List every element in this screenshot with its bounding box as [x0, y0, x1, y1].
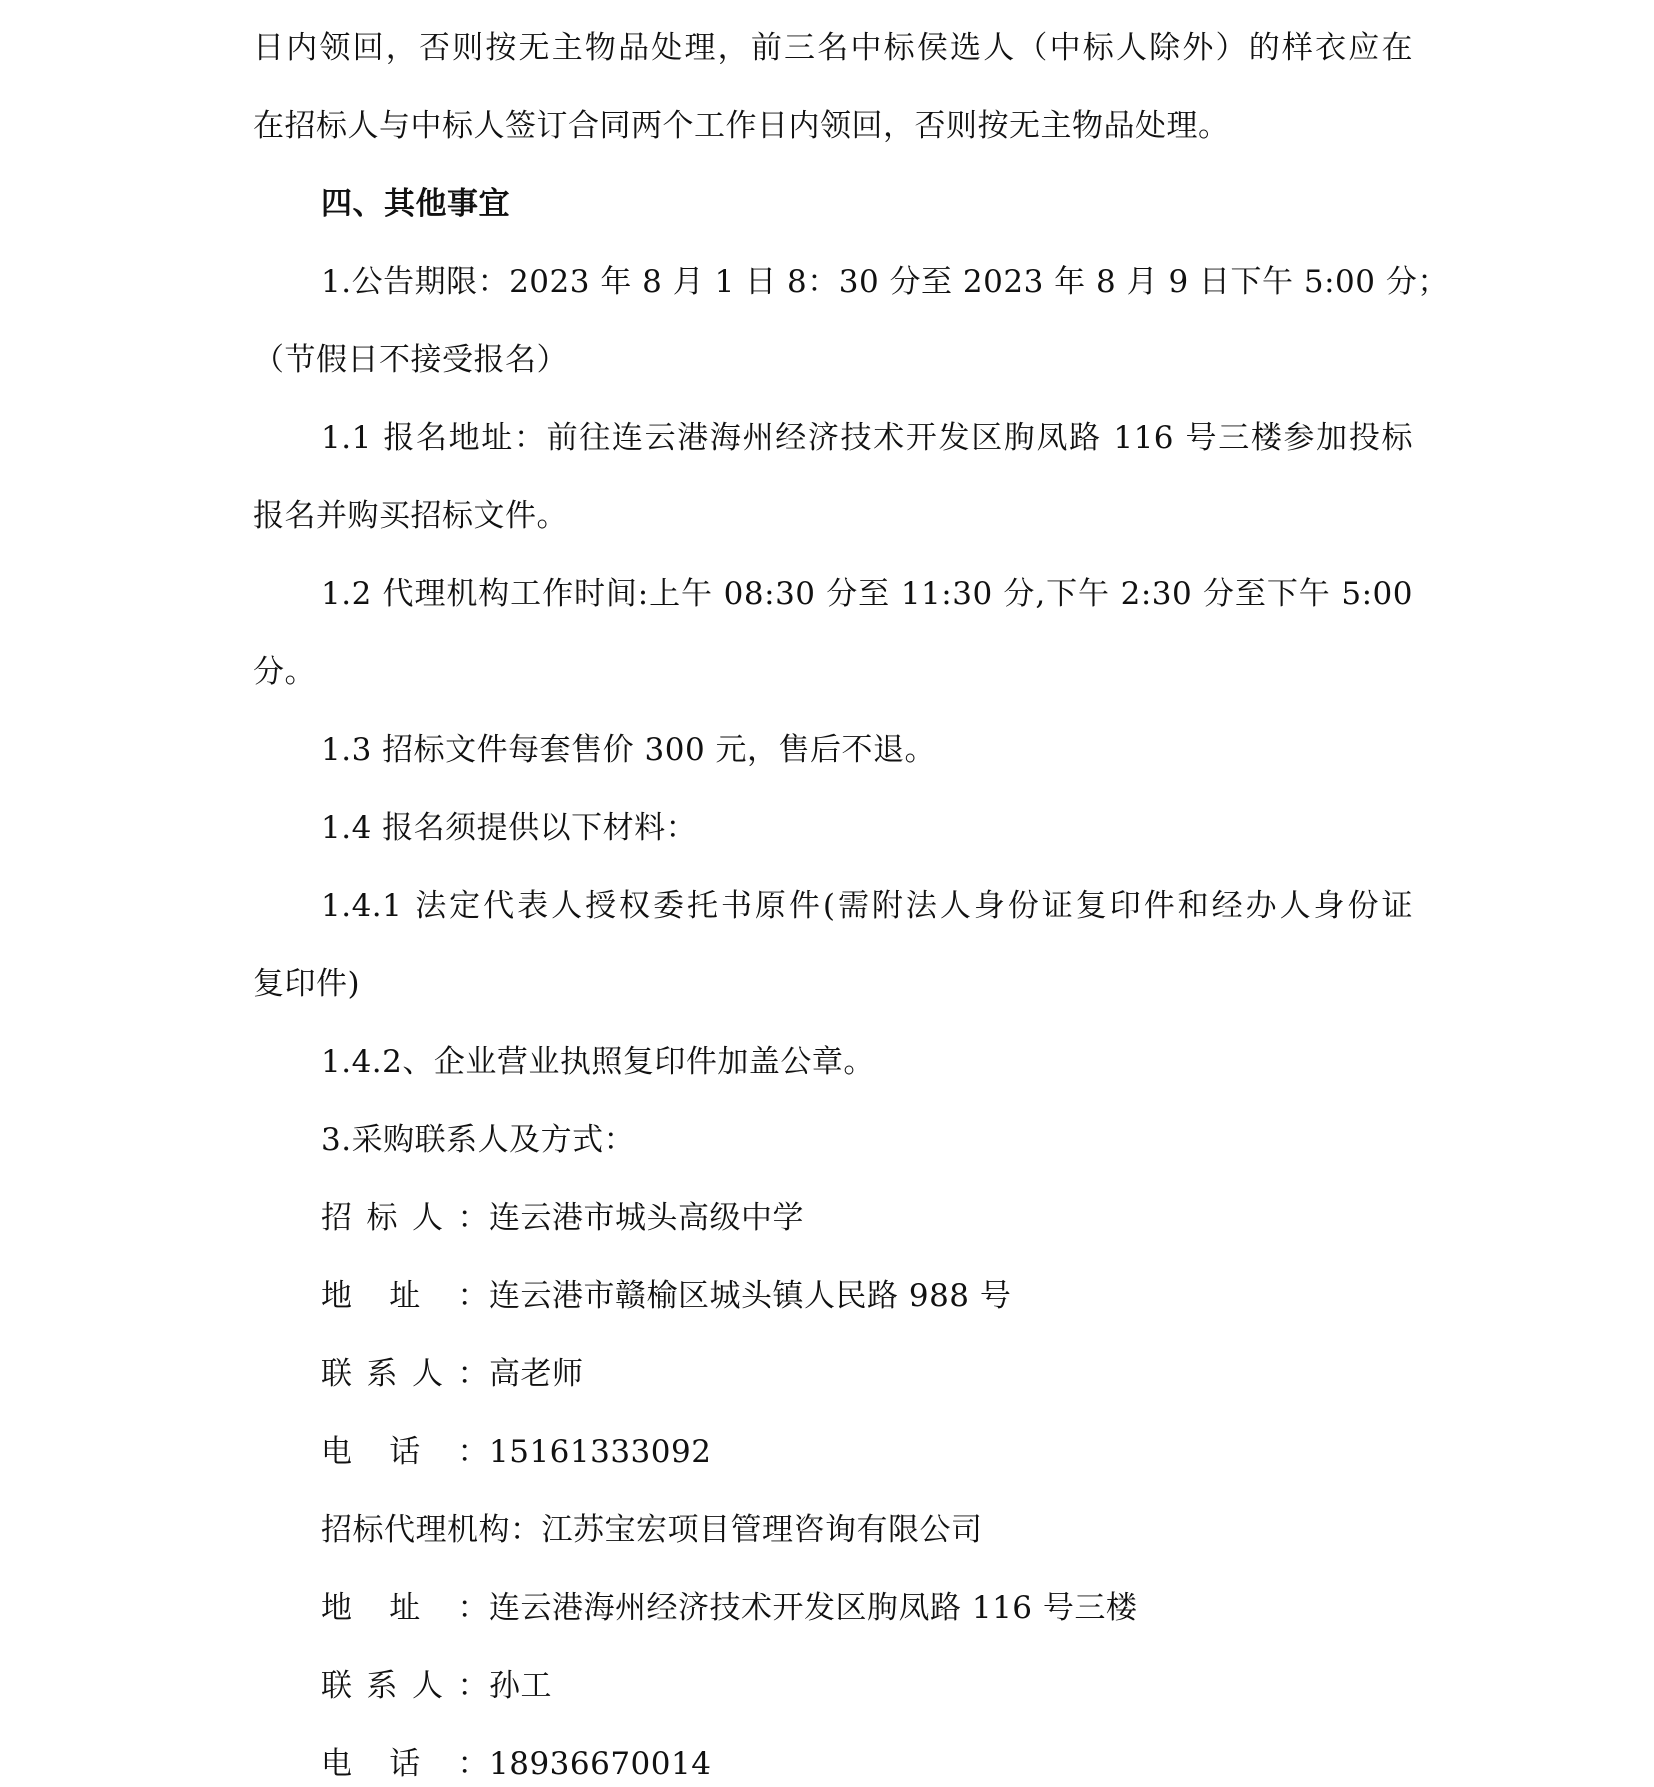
field-label: 招标代理机构： — [321, 1510, 542, 1550]
document-page: 日内领回，否则按无主物品处理，前三名中标侯选人（中标人除外）的样衣应在 在招标人… — [0, 0, 1654, 1787]
tenderer-contact-row: 联系人： 高老师 — [321, 1354, 1481, 1394]
notice-period-note: （节假日不接受报名） — [253, 340, 1413, 380]
agency-phone-row: 电话： 18936670014 — [321, 1744, 1481, 1784]
field-label: 地址： — [321, 1588, 489, 1628]
agency-address-row: 地址： 连云港海州经济技术开发区朐凤路 116 号三楼 — [321, 1588, 1481, 1628]
notice-period-line: 1.公告期限：2023 年 8 月 1 日 8：30 分至 2023 年 8 月… — [321, 262, 1413, 302]
material-item-line: 复印件) — [253, 964, 1413, 1004]
field-label: 联系人： — [321, 1666, 489, 1706]
document-price-line: 1.3 招标文件每套售价 300 元，售后不退。 — [321, 730, 1481, 770]
office-hours-line: 1.2 代理机构工作时间:上午 08:30 分至 11:30 分,下午 2:30… — [321, 574, 1413, 614]
field-value: 连云港海州经济技术开发区朐凤路 116 号三楼 — [489, 1588, 1137, 1628]
field-label: 联系人： — [321, 1354, 489, 1394]
registration-address-line: 报名并购买招标文件。 — [253, 496, 1413, 536]
field-value: 江苏宝宏项目管理咨询有限公司 — [542, 1510, 983, 1550]
contacts-heading: 3.采购联系人及方式： — [321, 1120, 1481, 1160]
field-value: 15161333092 — [489, 1432, 711, 1472]
office-hours-line: 分。 — [253, 652, 1413, 692]
field-label: 地址： — [321, 1276, 489, 1316]
tenderer-address-row: 地址： 连云港市赣榆区城头镇人民路 988 号 — [321, 1276, 1481, 1316]
field-value: 高老师 — [489, 1354, 584, 1394]
field-label: 招标人： — [321, 1198, 489, 1238]
section-heading: 四、其他事宜 — [321, 184, 1481, 224]
field-value: 18936670014 — [489, 1744, 711, 1784]
field-value: 孙工 — [489, 1666, 552, 1706]
tenderer-phone-row: 电话： 15161333092 — [321, 1432, 1481, 1472]
paragraph-line: 日内领回，否则按无主物品处理，前三名中标侯选人（中标人除外）的样衣应在 — [253, 28, 1413, 68]
field-value: 连云港市城头高级中学 — [489, 1198, 804, 1238]
field-label: 电话： — [321, 1432, 489, 1472]
materials-heading: 1.4 报名须提供以下材料： — [321, 808, 1481, 848]
field-value: 连云港市赣榆区城头镇人民路 988 号 — [489, 1276, 1011, 1316]
material-item-line: 1.4.1 法定代表人授权委托书原件(需附法人身份证复印件和经办人身份证 — [321, 886, 1413, 926]
paragraph-line: 在招标人与中标人签订合同两个工作日内领回，否则按无主物品处理。 — [253, 106, 1413, 146]
agency-contact-row: 联系人： 孙工 — [321, 1666, 1481, 1706]
material-item-line: 1.4.2、企业营业执照复印件加盖公章。 — [321, 1042, 1481, 1082]
field-label: 电话： — [321, 1744, 489, 1784]
registration-address-line: 1.1 报名地址：前往连云港海州经济技术开发区朐凤路 116 号三楼参加投标 — [321, 418, 1413, 458]
tenderer-name-row: 招标人： 连云港市城头高级中学 — [321, 1198, 1481, 1238]
agency-name-row: 招标代理机构： 江苏宝宏项目管理咨询有限公司 — [321, 1510, 1481, 1550]
